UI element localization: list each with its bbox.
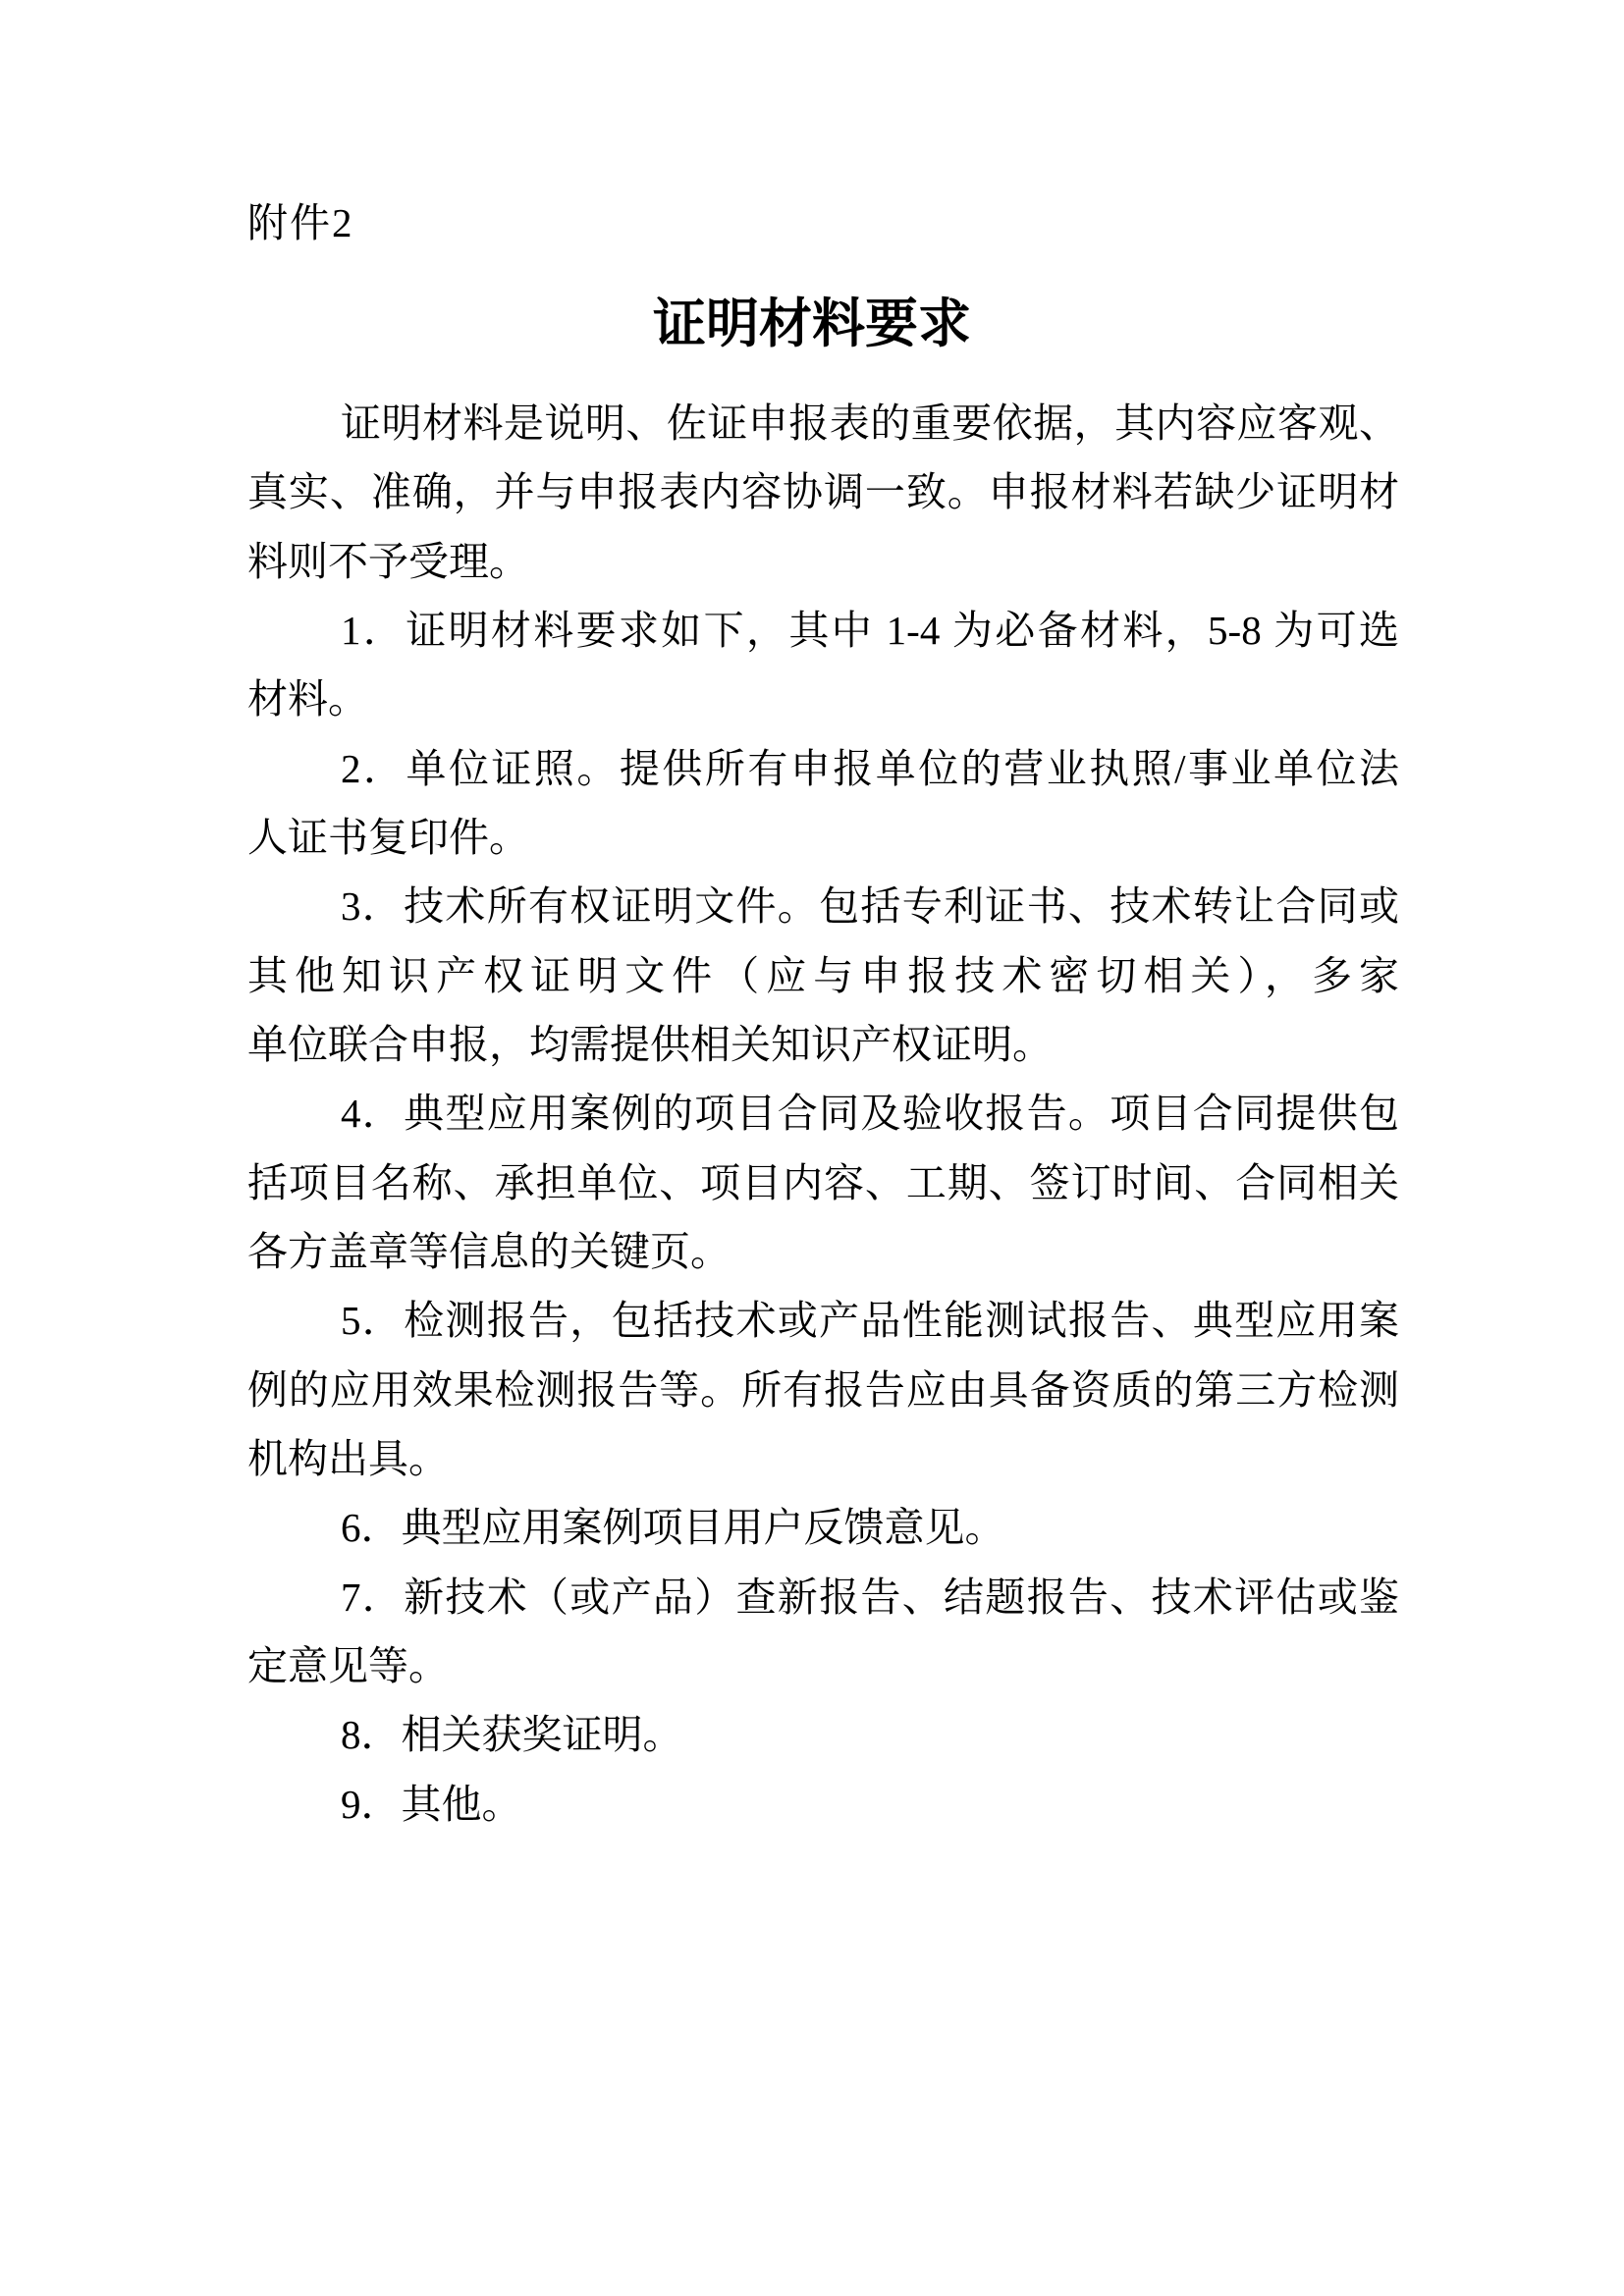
body-line: 单位联合申报，均需提供相关知识产权证明。 xyxy=(247,1010,1399,1079)
body-line: 其他知识产权证明文件（应与申报技术密切相关），多家 xyxy=(247,941,1399,1010)
list-item-8: 8．相关获奖证明。 xyxy=(247,1700,1399,1769)
body-line: 真实、准确，并与申报表内容协调一致。申报材料若缺少证明材 xyxy=(247,457,1399,526)
body-line: 机构出具。 xyxy=(247,1424,1399,1493)
document-body: 证明材料是说明、佐证申报表的重要依据，其内容应客观、 真实、准确，并与申报表内容… xyxy=(247,389,1399,1839)
body-line: 料则不予受理。 xyxy=(247,527,1399,596)
body-line: 1．证明材料要求如下，其中 1-4 为必备材料，5-8 为可选 xyxy=(247,596,1399,665)
list-item-4: 4．典型应用案例的项目合同及验收报告。项目合同提供包 括项目名称、承担单位、项目… xyxy=(247,1079,1399,1286)
body-line: 5．检测报告，包括技术或产品性能测试报告、典型应用案 xyxy=(247,1286,1399,1355)
list-item-6: 6．典型应用案例项目用户反馈意见。 xyxy=(247,1493,1399,1562)
paragraph-intro: 证明材料是说明、佐证申报表的重要依据，其内容应客观、 真实、准确，并与申报表内容… xyxy=(247,389,1399,596)
document-page: 附件2 证明材料要求 证明材料是说明、佐证申报表的重要依据，其内容应客观、 真实… xyxy=(0,0,1624,2296)
body-line: 2．单位证照。提供所有申报单位的营业执照/事业单位法 xyxy=(247,734,1399,803)
list-item-1: 1．证明材料要求如下，其中 1-4 为必备材料，5-8 为可选 材料。 xyxy=(247,596,1399,734)
attachment-label: 附件2 xyxy=(247,201,354,245)
body-line: 6．典型应用案例项目用户反馈意见。 xyxy=(247,1493,1399,1562)
body-line: 人证书复印件。 xyxy=(247,803,1399,872)
list-item-7: 7．新技术（或产品）查新报告、结题报告、技术评估或鉴 定意见等。 xyxy=(247,1563,1399,1701)
list-item-3: 3．技术所有权证明文件。包括专利证书、技术转让合同或 其他知识产权证明文件（应与… xyxy=(247,872,1399,1079)
body-line: 各方盖章等信息的关键页。 xyxy=(247,1217,1399,1286)
page-title: 证明材料要求 xyxy=(0,295,1624,353)
list-item-5: 5．检测报告，包括技术或产品性能测试报告、典型应用案 例的应用效果检测报告等。所… xyxy=(247,1286,1399,1493)
body-line: 证明材料是说明、佐证申报表的重要依据，其内容应客观、 xyxy=(247,389,1399,457)
body-line: 例的应用效果检测报告等。所有报告应由具备资质的第三方检测 xyxy=(247,1356,1399,1424)
body-line: 3．技术所有权证明文件。包括专利证书、技术转让合同或 xyxy=(247,872,1399,940)
body-line: 4．典型应用案例的项目合同及验收报告。项目合同提供包 xyxy=(247,1079,1399,1148)
body-line: 定意见等。 xyxy=(247,1631,1399,1700)
body-line: 9．其他。 xyxy=(247,1770,1399,1839)
body-line: 材料。 xyxy=(247,665,1399,733)
list-item-2: 2．单位证照。提供所有申报单位的营业执照/事业单位法 人证书复印件。 xyxy=(247,734,1399,873)
body-line: 8．相关获奖证明。 xyxy=(247,1700,1399,1769)
list-item-9: 9．其他。 xyxy=(247,1770,1399,1839)
body-line: 括项目名称、承担单位、项目内容、工期、签订时间、合同相关 xyxy=(247,1148,1399,1217)
body-line: 7．新技术（或产品）查新报告、结题报告、技术评估或鉴 xyxy=(247,1563,1399,1631)
